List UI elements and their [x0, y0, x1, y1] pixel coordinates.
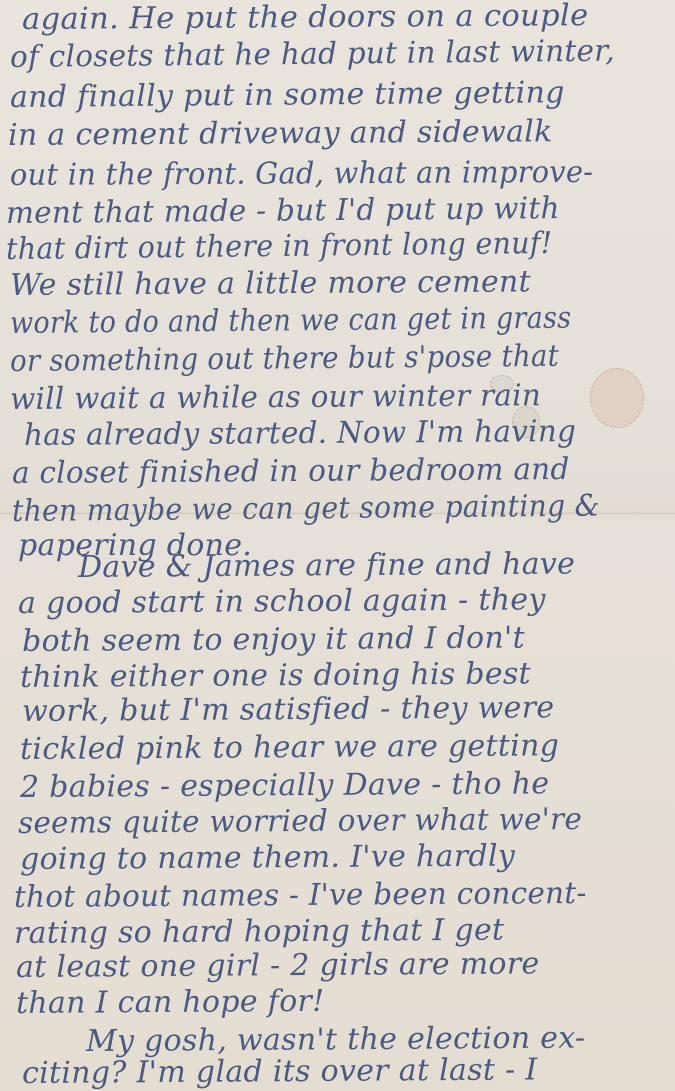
letter-line: then maybe we can get some painting &: [12, 489, 600, 529]
letter-line: a closet finished in our bedroom and: [12, 452, 570, 491]
letter-line: think either one is doing his best: [20, 656, 531, 695]
letter-line: 2 babies - especially Dave - tho he: [20, 766, 550, 805]
letter-line: citing? I'm glad its over at last - I: [22, 1052, 538, 1091]
letter-line: both seem to enjoy it and I don't: [22, 620, 525, 659]
letter-line: work to do and then we can get in grass: [10, 301, 572, 341]
letter-line: tickled pink to hear we are getting: [20, 728, 559, 767]
letter-line: will wait a while as our winter rain: [10, 378, 541, 417]
letter-line: We still have a little more cement: [10, 264, 531, 303]
letter-line: ment that made - but I'd put up with: [6, 191, 560, 231]
letter-line: work, but I'm satisfied - they were: [22, 690, 555, 729]
letter-line: a good start in school again - they: [18, 582, 546, 621]
letter-line: at least one girl - 2 girls are more: [16, 946, 540, 985]
letter-line: rating so hard hoping that I get: [14, 913, 505, 951]
letter-line: or something out there but s'pose that: [10, 339, 559, 379]
letter-line: seems quite worried over what we're: [18, 802, 582, 841]
letter-line: in a cement driveway and sidewalk: [8, 114, 553, 153]
letter-line: of closets that he had put in last winte…: [10, 34, 615, 75]
letter-line: out in the front. Gad, what an improve-: [10, 155, 593, 193]
letter-line: thot about names - I've been concent-: [14, 876, 587, 915]
letter-line: that dirt out there in front long enuf!: [6, 226, 553, 267]
letter-line: again. He put the doors on a couple: [22, 0, 589, 37]
letter-line: Dave & James are fine and have: [78, 547, 575, 585]
letter-line: than I can hope for!: [16, 984, 325, 1021]
handwritten-letter: again. He put the doors on a couple of c…: [0, 0, 675, 1091]
letter-line: has already started. Now I'm having: [24, 414, 576, 453]
letter-line: going to name them. I've hardly: [20, 839, 515, 877]
letter-line: and finally put in some time getting: [10, 75, 565, 115]
